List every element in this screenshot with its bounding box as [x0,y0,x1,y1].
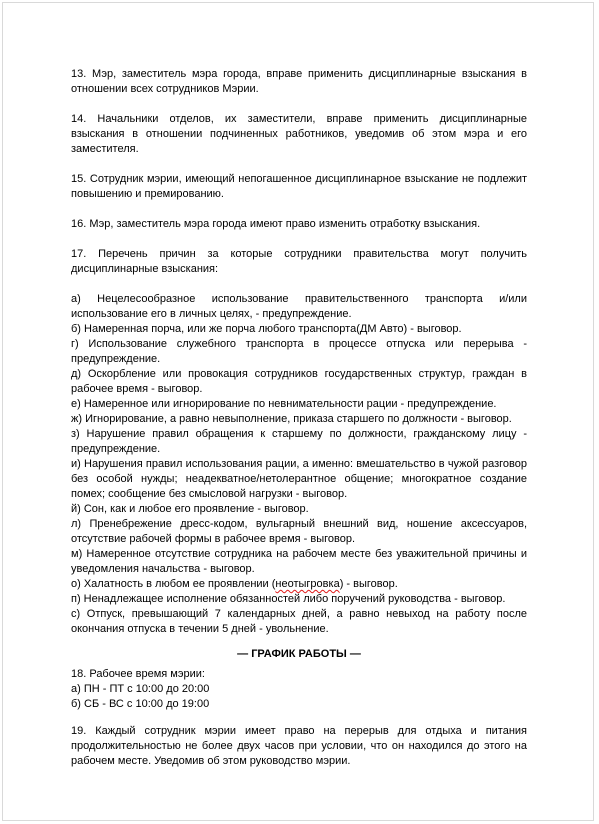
rule-e[interactable]: е) Намеренное или игнорирование по невни… [71,397,527,412]
rule-l[interactable]: л) Пренебрежение дресс-кодом, вульгарный… [71,517,527,547]
paragraph-15[interactable]: 15. Сотрудник мэрии, имеющий непогашенно… [71,172,527,202]
paragraph-17[interactable]: 17. Перечень причин за которые сотрудник… [71,247,527,277]
rule-i[interactable]: и) Нарушения правил использования рации,… [71,457,527,502]
rule-z[interactable]: з) Нарушение правил обращения к старшему… [71,427,527,457]
rule-o-text-before: о) Халатность в любом ее проявлении ( [71,578,275,590]
paragraph-13[interactable]: 13. Мэр, заместитель мэра города, вправе… [71,67,527,97]
rule-zh[interactable]: ж) Игнорирование, а равно невыполнение, … [71,412,527,427]
schedule-mon-fri[interactable]: а) ПН - ПТ с 10:00 до 20:00 [71,682,527,697]
paragraph-14[interactable]: 14. Начальники отделов, их заместители, … [71,112,527,157]
document-page[interactable]: 13. Мэр, заместитель мэра города, вправе… [2,2,594,821]
rule-d[interactable]: д) Оскорбление или провокация сотруднико… [71,367,527,397]
rule-o[interactable]: о) Халатность в любом ее проявлении (нео… [71,577,527,592]
rule-o-text-after: ) - выговор. [340,578,398,590]
rule-b[interactable]: б) Намеренная порча, или же порча любого… [71,322,527,337]
rule-j[interactable]: й) Сон, как и любое его проявление - выг… [71,502,527,517]
rule-a[interactable]: а) Нецелесообразное использование правит… [71,292,527,322]
paragraph-18[interactable]: 18. Рабочее время мэрии: [71,667,527,682]
document-content[interactable]: 13. Мэр, заместитель мэра города, вправе… [71,67,527,769]
misspelled-word[interactable]: неотыгровка [275,578,339,590]
disciplinary-rules-list: а) Нецелесообразное использование правит… [71,292,527,637]
paragraph-16[interactable]: 16. Мэр, заместитель мэра города имеют п… [71,217,527,232]
rule-p[interactable]: п) Ненадлежащее исполнение обязанностей … [71,592,527,607]
rule-s[interactable]: с) Отпуск, превышающий 7 календарных дне… [71,607,527,637]
rule-g[interactable]: г) Использование служебного транспорта в… [71,337,527,367]
paragraph-19[interactable]: 19. Каждый сотрудник мэрии имеет право н… [71,724,527,769]
schedule-sat-sun[interactable]: б) СБ - ВС с 10:00 до 19:00 [71,697,527,712]
work-schedule-heading[interactable]: — ГРАФИК РАБОТЫ — [71,647,527,662]
rule-m[interactable]: м) Намеренное отсутствие сотрудника на р… [71,547,527,577]
